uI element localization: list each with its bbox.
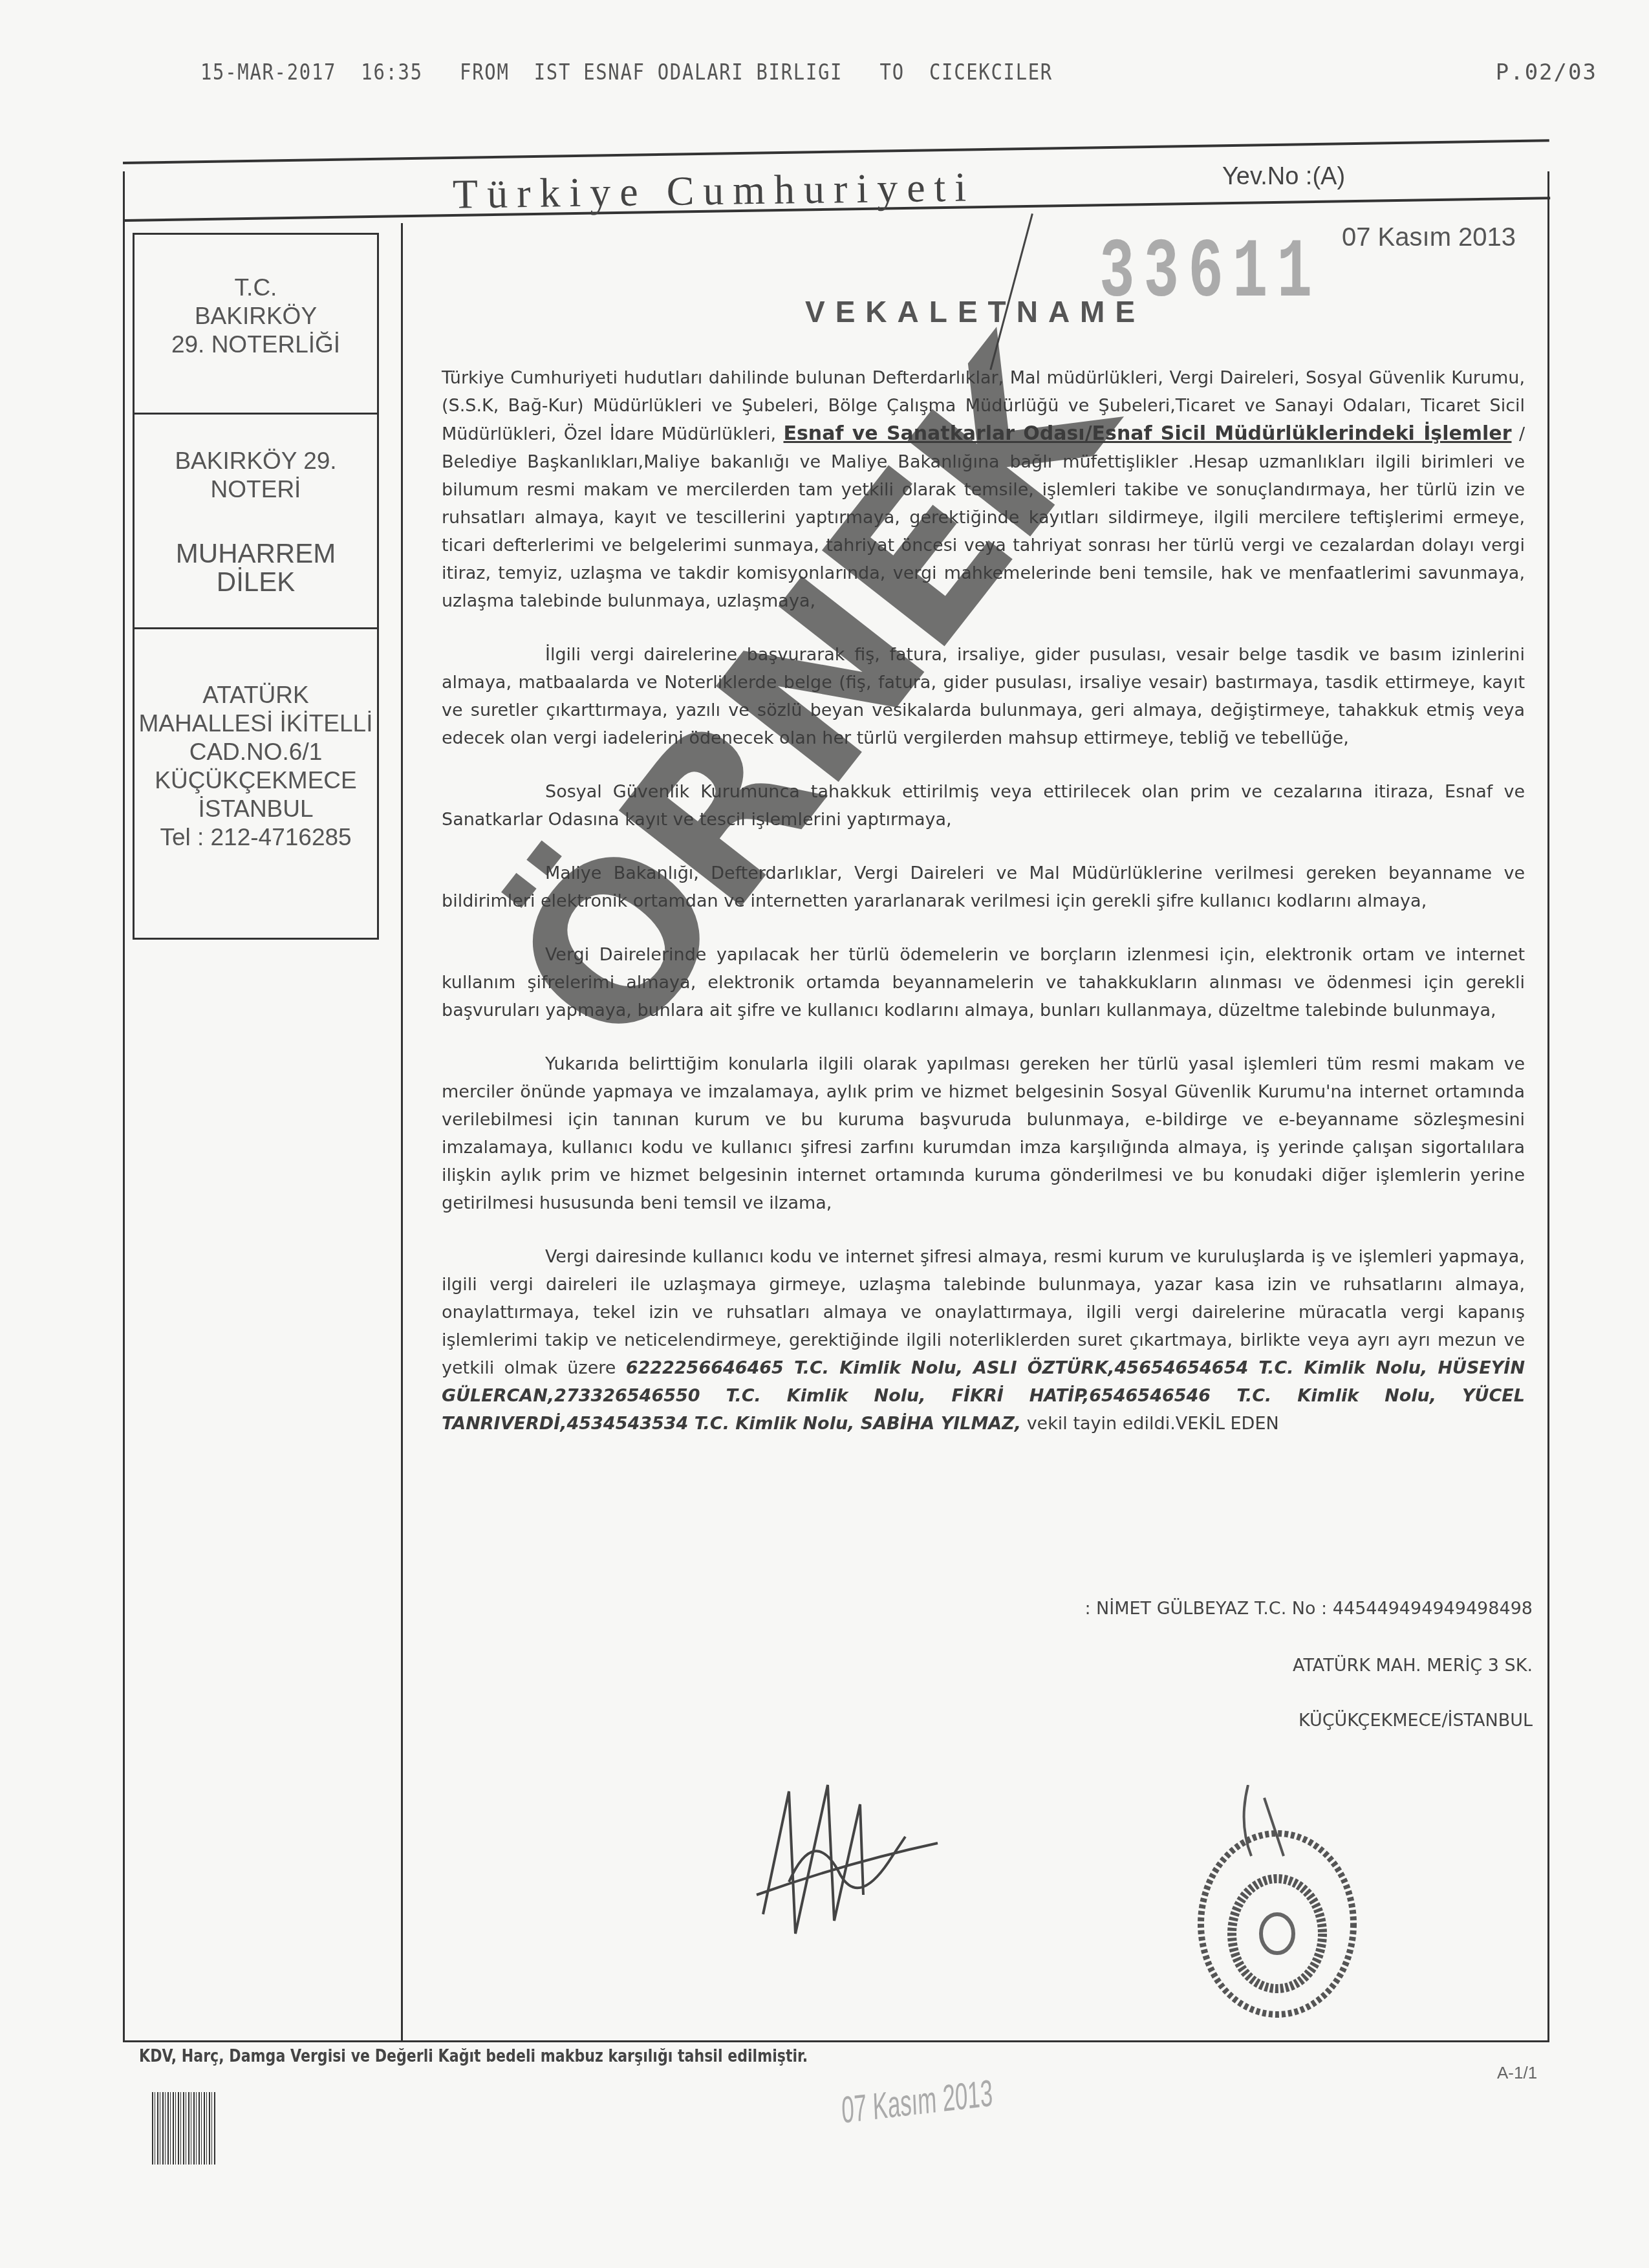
principal-name: : NİMET GÜLBEYAZ T.C. No : 4454494949494… [1084,1599,1533,1619]
notary-office-line: BAKIRKÖY [135,302,377,330]
paragraph-text: vekil tayin edildi.VEKİL EDEN [1027,1414,1279,1434]
notary-office-line: 29. NOTERLİĞİ [135,330,377,359]
notary-address-line: ATATÜRK [135,681,377,709]
notary-seal-icon [1193,1785,1361,2018]
paragraph: Yukarıda belirttiğim konularla ilgili ol… [442,1050,1525,1217]
notary-title-line: NOTERİ [135,475,377,504]
document-body: Türkiye Cumhuriyeti hudutları dahilinde … [442,364,1525,1463]
fax-from-label: FROM [460,59,509,85]
notary-info-box: T.C. BAKIRKÖY 29. NOTERLİĞİ BAKIRKÖY 29.… [133,233,379,940]
notary-name: MUHARREM DİLEK [135,539,377,596]
fee-note: KDV, Harç, Damga Vergisi ve Değerli Kağı… [139,2047,808,2066]
principal-address-line1: ATATÜRK MAH. MERİÇ 3 SK. [1293,1656,1533,1676]
document-header-title: Türkiye Cumhuriyeti [453,163,976,218]
notary-address-line: CAD.NO.6/1 [135,738,377,766]
paragraph: Sosyal Güvenlik Kurumunca tahakkuk ettir… [442,778,1525,834]
date-stamp: 07 Kasım 2013 [841,2071,993,2132]
highlighted-scope: Esnaf ve Sanatkarlar Odası/Esnaf Sicil M… [784,422,1512,445]
paragraph: Vergi dairesinde kullanıcı kodu ve inter… [442,1243,1525,1438]
paragraph: Türkiye Cumhuriyeti hudutları dahilinde … [442,364,1525,615]
paragraph: Vergi Dairelerinde yapılacak her türlü ö… [442,941,1525,1024]
fax-time: 16:35 [361,59,423,85]
column-divider [401,223,403,2040]
barcode-icon [152,2092,217,2165]
notary-office: T.C. BAKIRKÖY 29. NOTERLİĞİ [135,235,377,415]
fax-to-label: TO [880,59,905,85]
document-title: VEKALETNAME [805,294,1145,329]
signature-icon [750,1766,1035,1960]
fax-to: CICEKCILER [929,59,1053,85]
yev-no: Yev.No :(A) [1222,163,1345,191]
paragraph-text: / Belediye Başkanlıkları,Maliye bakanlığ… [442,424,1525,611]
notary-title-line: BAKIRKÖY 29. [135,447,377,475]
fax-from: IST ESNAF ODALARI BIRLIGI [534,59,843,85]
notary-phone: Tel : 212-4716285 [135,823,377,852]
principal-address-line2: KÜÇÜKÇEKMECE/İSTANBUL [1299,1711,1533,1731]
paragraph: İlgili vergi dairelerine başvurarak fiş,… [442,641,1525,752]
notary-address-line: KÜÇÜKÇEKMECE [135,766,377,795]
notary-office-line: T.C. [135,274,377,302]
page-code: A-1/1 [1497,2063,1537,2083]
notary-address: ATATÜRK MAHALLESİ İKİTELLİ CAD.NO.6/1 KÜ… [135,629,377,938]
notary-person: BAKIRKÖY 29. NOTERİ MUHARREM DİLEK [135,415,377,629]
fax-header: 15-MAR-2017 16:35 FROM IST ESNAF ODALARI… [200,59,1361,85]
fax-date: 15-MAR-2017 [200,59,336,85]
fax-page-number: P.02/03 [1496,59,1597,85]
notary-address-line: İSTANBUL [135,795,377,823]
paragraph: Maliye Bakanlığı, Defterdarlıklar, Vergi… [442,859,1525,915]
notary-address-line: MAHALLESİ İKİTELLİ [135,709,377,738]
document-date: 07 Kasım 2013 [1342,223,1516,252]
